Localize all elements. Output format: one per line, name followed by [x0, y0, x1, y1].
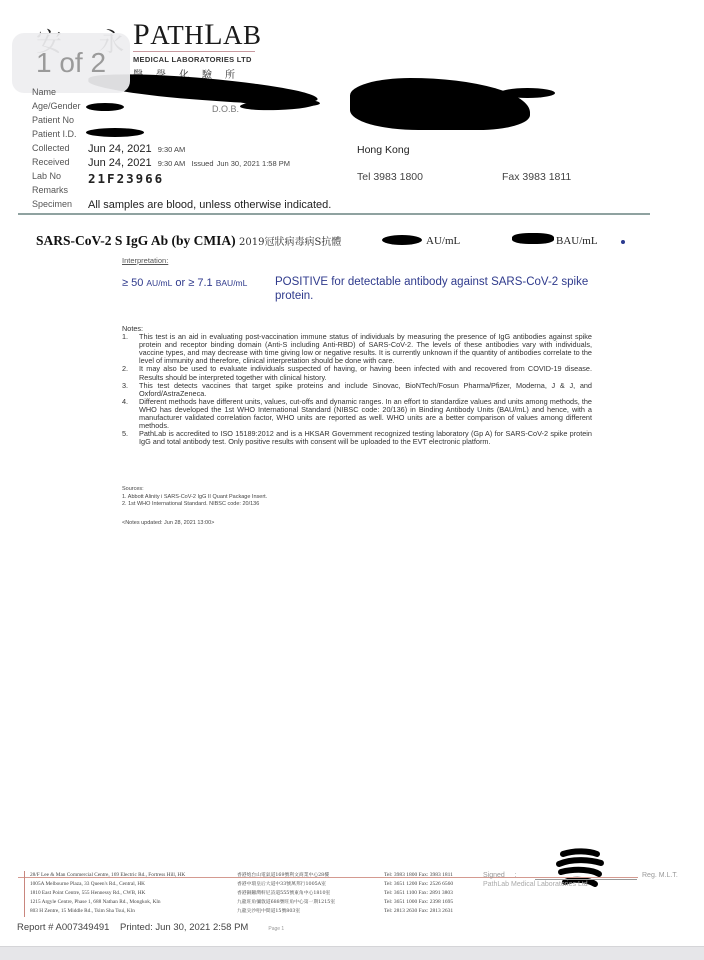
received-date: Jun 24, 2021 [88, 157, 152, 169]
note-item: 1.This test is an aid in evaluating post… [122, 333, 592, 365]
footer-phones: Tel: 3983 1800 Fax: 3983 1811 Tel: 3651 … [384, 871, 453, 916]
lab-no: 21F23966 [88, 171, 164, 186]
footer-addresses: 28/F Lee & Man Commercial Centre, 169 El… [30, 871, 185, 916]
flag-dot [621, 240, 625, 244]
footer-accent-line [24, 871, 25, 917]
report-number: Report # A007349491 [17, 922, 109, 933]
redaction-address-tail [500, 88, 555, 98]
specimen-value: All samples are blood, unless otherwise … [88, 199, 331, 211]
notes-updated: <Notes updated: Jun 28, 2021 13:00> [122, 520, 214, 526]
interpretation-label: Interpretation: [122, 256, 168, 265]
test-name: SARS-CoV-2 S IgG Ab (by CMIA) 2019冠狀病毒病S… [36, 233, 341, 249]
sources: Sources: 1. Abbott Alinity i SARS-CoV-2 … [122, 486, 267, 509]
logo-title: PATHLAB [133, 20, 255, 52]
redaction-au-value [382, 235, 422, 245]
unit-au: AU/mL [426, 235, 460, 247]
signed-label: Signed : [483, 872, 516, 879]
footer-addresses-cn: 香港炮台山電氣道169號利文商業中心28樓 香港中環皇后大道中33號萬邦行100… [237, 871, 335, 916]
received-time: 9:30 AM [158, 159, 186, 168]
issued-datetime: Jun 30, 2021 1:58 PM [217, 159, 290, 168]
company-name: PathLab Medical Laboratories Ltd [483, 881, 588, 888]
unit-bau: BAU/mL [556, 235, 598, 247]
viewer-bottom-bar [0, 946, 704, 960]
location: Hong Kong [357, 144, 410, 156]
document-page: 安 永 PATHLAB MEDICAL LABORATORIES LTD 醫學化… [0, 0, 704, 946]
collected-time: 9:30 AM [158, 145, 186, 154]
redaction-patient-id [86, 128, 144, 137]
interpretation-result: POSITIVE for detectable antibody against… [275, 275, 605, 303]
reg-label: Reg. M.L.T. [642, 872, 678, 879]
source-item: 1. Abbott Alinity i SARS-CoV-2 IgG II Qu… [122, 494, 267, 502]
signature-line [535, 879, 637, 880]
redaction-address [350, 78, 530, 130]
printed-datetime: Printed: Jun 30, 2021 2:58 PM [120, 922, 248, 933]
logo-subtitle: MEDICAL LABORATORIES LTD [133, 55, 255, 64]
note-item: 3.This test detects vaccines that target… [122, 382, 592, 398]
notes-section: Notes: 1.This test is an aid in evaluati… [122, 325, 592, 446]
lab-tel: Tel 3983 1800 [357, 171, 423, 183]
dob-label: D.O.B. [212, 104, 239, 114]
note-item: 2.It may also be used to evaluate indivi… [122, 365, 592, 381]
test-name-cn: 2019冠狀病毒病S抗體 [239, 237, 341, 248]
page-label: Page 1 [268, 926, 284, 932]
source-item: 2. 1st WHO International Standard. NIBSC… [122, 501, 267, 509]
redaction-age [86, 103, 124, 111]
interpretation-criteria: ≥ 50 AU/mL or ≥ 7.1 BAU/mL [122, 277, 247, 289]
divider [18, 213, 650, 215]
page-counter: 1 of 2 [12, 33, 130, 93]
note-item: 4.Different methods have different units… [122, 398, 592, 430]
note-item: 5.PathLab is accredited to ISO 15189:201… [122, 430, 592, 446]
redaction-bau-value [512, 233, 554, 244]
report-line: Report # A007349491 Printed: Jun 30, 202… [17, 922, 284, 933]
collected-date: Jun 24, 2021 [88, 143, 152, 155]
lab-fax: Fax 3983 1811 [502, 171, 571, 183]
pathlab-logo: PATHLAB MEDICAL LABORATORIES LTD 醫學化驗所 [133, 20, 255, 81]
